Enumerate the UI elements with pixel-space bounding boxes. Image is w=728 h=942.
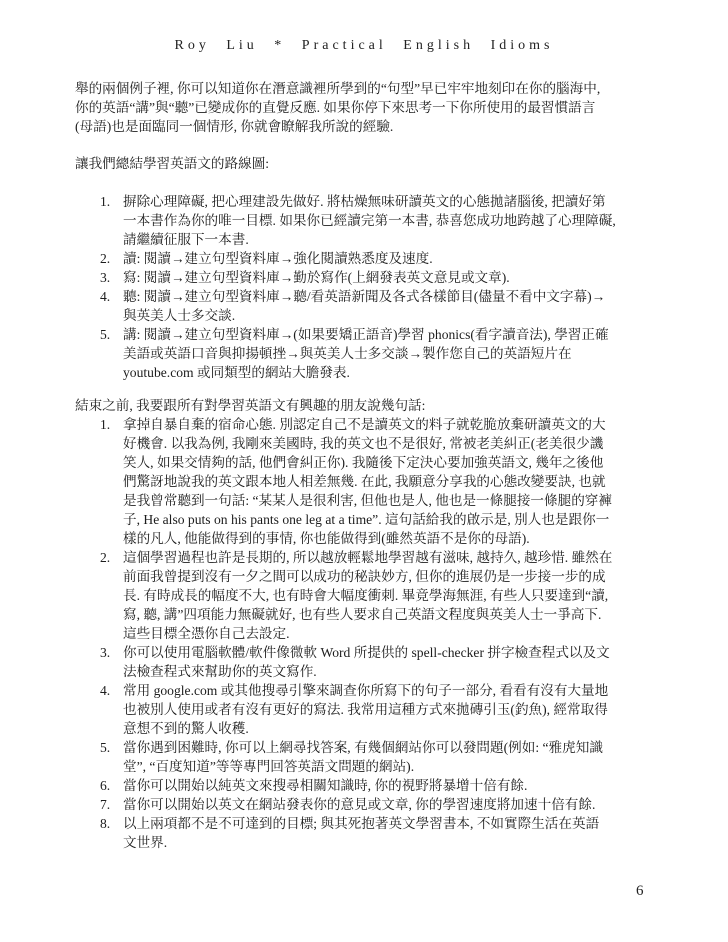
list-item-line: 法檢查程式來幫助你的英文寫作. [123,662,658,681]
list-item-line: 當你可以開始以英文在網站發表你的意見或文章, 你的學習速度將加速十倍有餘. [123,795,658,814]
list-item-line: 常用 google.com 或其他搜尋引擎來調查你所寫下的句子一部分, 看看有沒… [123,681,658,700]
list-item-line: 樣的凡人, 他能做得到的事情, 你也能做得到(雖然英語不是你的母語). [123,529,658,548]
list-item-line: 當你遇到困難時, 你可以上網尋找答案, 有幾個網站你可以發問題(例如: “雅虎知… [123,738,658,757]
list-item-line: 當你可以開始以純英文來搜尋相關知識時, 你的視野將暴增十倍有餘. [123,776,658,795]
paragraph-line: (母語)也是面臨同一個情形, 你就會瞭解我所說的經驗. [75,117,658,136]
list-item-line: 們驚訝地說我的英文跟本地人相差無幾. 在此, 我願意分享我的心態改變要訣, 也就 [123,472,658,491]
list-item: 2. 讀: 閱讀→建立句型資料庫→強化閱讀熟悉度及速度. [100,249,658,268]
list-item-text: 拿掉自暴自棄的宿命心態. 別認定自己不是讀英文的料子就乾脆放棄研讀英文的大 好機… [123,415,658,548]
list-item-line: 與英美人士多交談. [123,306,658,325]
list-item-text: 當你遇到困難時, 你可以上網尋找答案, 有幾個網站你可以發問題(例如: “雅虎知… [123,738,658,776]
list-item-line: 文世界. [123,833,658,852]
roadmap-list: 1. 摒除心理障礙, 把心理建設先做好. 將枯燥無味研讀英文的心態拋諸腦後, 把… [75,192,658,382]
list-item-line: 拿掉自暴自棄的宿命心態. 別認定自己不是讀英文的料子就乾脆放棄研讀英文的大 [123,415,658,434]
list-item-text: 常用 google.com 或其他搜尋引擎來調查你所寫下的句子一部分, 看看有沒… [123,681,658,738]
list-item-text: 以上兩項都不是不可達到的目標; 與其死抱著英文學習書本, 不如實際生活在英語 文… [123,814,658,852]
list-item: 3. 寫: 閱讀→建立句型資料庫→勤於寫作(上網發表英文意見或文章). [100,268,658,287]
list-item-line: 讀: 閱讀→建立句型資料庫→強化閱讀熟悉度及速度. [123,249,658,268]
paragraph-line: 你的英語“講”與“聽”已變成你的直覺反應. 如果你停下來思考一下你所使用的最習慣… [75,98,658,117]
list-item: 5. 講: 閱讀→建立句型資料庫→(如果要矯正語音)學習 phonics(看字讀… [100,325,658,382]
list-item: 2. 這個學習過程也許是長期的, 所以越放輕鬆地學習越有滋味, 越持久, 越珍惜… [100,548,658,643]
list-item-number: 3. [100,268,123,287]
list-item: 8. 以上兩項都不是不可達到的目標; 與其死抱著英文學習書本, 不如實際生活在英… [100,814,658,852]
list-item-line: 堂”, “百度知道”等等專門回答英語文問題的網站). [123,757,658,776]
document-page: Roy Liu * Practical English Idioms 舉的兩個例… [0,0,728,942]
list-item-line: 子, He also puts on his pants one leg at … [123,510,658,529]
page-content: 舉的兩個例子裡, 你可以知道你在潛意識裡所學到的“句型”早已牢牢地刻印在你的腦海… [0,79,728,852]
list-item: 4. 常用 google.com 或其他搜尋引擎來調查你所寫下的句子一部分, 看… [100,681,658,738]
list-item: 1. 拿掉自暴自棄的宿命心態. 別認定自己不是讀英文的料子就乾脆放棄研讀英文的大… [100,415,658,548]
list-item-line: 寫: 閱讀→建立句型資料庫→勤於寫作(上網發表英文意見或文章). [123,268,658,287]
list-item-line: 你可以使用電腦軟體/軟件像微軟 Word 所提供的 spell-checker … [123,643,658,662]
paragraph-line: 舉的兩個例子裡, 你可以知道你在潛意識裡所學到的“句型”早已牢牢地刻印在你的腦海… [75,79,658,98]
page-header-title: Roy Liu * Practical English Idioms [0,0,728,55]
list-item-line: 是我曾常聽到一句話: “某某人是很利害, 但他也是人, 他也是一條腿接一條腿的穿… [123,491,658,510]
list-item-line: youtube.com 或同類型的網站大膽發表. [123,363,658,382]
list-item-text: 當你可以開始以純英文來搜尋相關知識時, 你的視野將暴增十倍有餘. [123,776,658,795]
list-item-number: 8. [100,814,123,833]
list-item-line: 笑人, 如果交情夠的話, 他們會糾正你). 我隨後下定決心要加強英語文, 幾年之… [123,453,658,472]
roadmap-intro: 讓我們總結學習英語文的路線圖: [75,154,658,173]
list-item: 1. 摒除心理障礙, 把心理建設先做好. 將枯燥無味研讀英文的心態拋諸腦後, 把… [100,192,658,249]
page-number: 6 [636,882,644,901]
list-item-line: 聽: 閱讀→建立句型資料庫→聽/看英語新聞及各式各樣節目(儘量不看中文字幕)→ [123,287,658,306]
list-item-line: 美語或英語口音與抑揚頓挫→與英美人士多交談→製作您自己的英語短片在 [123,344,658,363]
list-item-text: 寫: 閱讀→建立句型資料庫→勤於寫作(上網發表英文意見或文章). [123,268,658,287]
list-item-line: 寫, 聽, 講”四項能力無礙就好, 也有些人要求自己英語文程度與英美人士一爭高下… [123,605,658,624]
list-item-text: 當你可以開始以英文在網站發表你的意見或文章, 你的學習速度將加速十倍有餘. [123,795,658,814]
list-item-line: 好機會. 以我為例, 我剛來美國時, 我的英文也不是很好, 常被老美糾正(老美很… [123,434,658,453]
list-item-number: 2. [100,548,123,567]
list-item-number: 1. [100,192,123,211]
intro-paragraph: 舉的兩個例子裡, 你可以知道你在潛意識裡所學到的“句型”早已牢牢地刻印在你的腦海… [75,79,658,136]
list-item-line: 前面我曾提到沒有一夕之間可以成功的秘訣妙方, 但你的進展仍是一步接一步的成 [123,567,658,586]
list-item-number: 5. [100,325,123,344]
list-item-line: 講: 閱讀→建立句型資料庫→(如果要矯正語音)學習 phonics(看字讀音法)… [123,325,658,344]
list-item-number: 1. [100,415,123,434]
list-item-number: 4. [100,681,123,700]
list-item-number: 6. [100,776,123,795]
list-item-number: 7. [100,795,123,814]
list-item-line: 一本書作為你的唯一目標. 如果你已經讀完第一本書, 恭喜您成功地跨越了心理障礙, [123,211,658,230]
list-item-line: 長. 有時成長的幅度不大, 也有時會大幅度衝刺. 畢竟學海無涯, 有些人只要達到… [123,586,658,605]
list-item-line: 也被別人使用或者有沒有更好的寫法. 我常用這種方式來拋磚引玉(釣魚), 經常取得 [123,700,658,719]
list-item: 3. 你可以使用電腦軟體/軟件像微軟 Word 所提供的 spell-check… [100,643,658,681]
list-item-number: 3. [100,643,123,662]
list-item-text: 講: 閱讀→建立句型資料庫→(如果要矯正語音)學習 phonics(看字讀音法)… [123,325,658,382]
list-item-number: 5. [100,738,123,757]
list-item-text: 你可以使用電腦軟體/軟件像微軟 Word 所提供的 spell-checker … [123,643,658,681]
list-item-line: 以上兩項都不是不可達到的目標; 與其死抱著英文學習書本, 不如實際生活在英語 [123,814,658,833]
advice-list: 1. 拿掉自暴自棄的宿命心態. 別認定自己不是讀英文的料子就乾脆放棄研讀英文的大… [75,415,658,852]
list-item-line: 這個學習過程也許是長期的, 所以越放輕鬆地學習越有滋味, 越持久, 越珍惜. 雖… [123,548,658,567]
list-item: 6. 當你可以開始以純英文來搜尋相關知識時, 你的視野將暴增十倍有餘. [100,776,658,795]
list-item: 7. 當你可以開始以英文在網站發表你的意見或文章, 你的學習速度將加速十倍有餘. [100,795,658,814]
list-item-line: 意想不到的驚人收穫. [123,719,658,738]
list-item-text: 摒除心理障礙, 把心理建設先做好. 將枯燥無味研讀英文的心態拋諸腦後, 把讀好第… [123,192,658,249]
list-item: 5. 當你遇到困難時, 你可以上網尋找答案, 有幾個網站你可以發問題(例如: “… [100,738,658,776]
list-item-line: 請繼續征服下一本書. [123,230,658,249]
list-item: 4. 聽: 閱讀→建立句型資料庫→聽/看英語新聞及各式各樣節目(儘量不看中文字幕… [100,287,658,325]
list-item-text: 讀: 閱讀→建立句型資料庫→強化閱讀熟悉度及速度. [123,249,658,268]
list-item-text: 聽: 閱讀→建立句型資料庫→聽/看英語新聞及各式各樣節目(儘量不看中文字幕)→ … [123,287,658,325]
list-item-number: 4. [100,287,123,306]
list-item-text: 這個學習過程也許是長期的, 所以越放輕鬆地學習越有滋味, 越持久, 越珍惜. 雖… [123,548,658,643]
list-item-line: 這些目標全憑你自己去設定. [123,624,658,643]
list-item-line: 摒除心理障礙, 把心理建設先做好. 將枯燥無味研讀英文的心態拋諸腦後, 把讀好第 [123,192,658,211]
closing-intro: 結束之前, 我要跟所有對學習英語文有興趣的朋友說幾句話: [75,396,658,415]
list-item-number: 2. [100,249,123,268]
